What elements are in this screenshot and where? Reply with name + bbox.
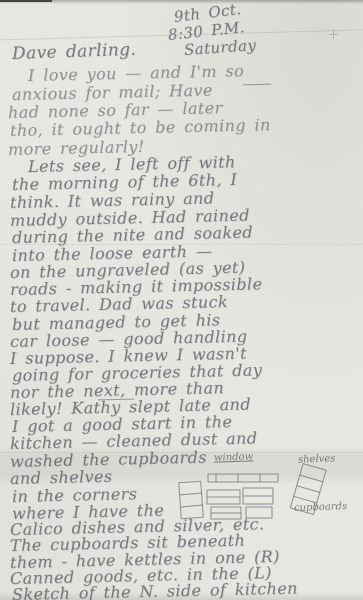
- sketch-label-shelves: shelves: [298, 453, 336, 465]
- pencil-plus-mark: [329, 30, 338, 39]
- underline-mark-so: [243, 84, 271, 86]
- letter-page: 9th Oct. 8:30 P.M. Saturday Dave darling…: [0, 0, 363, 600]
- letter-day: Saturday: [183, 36, 256, 59]
- kitchen-sketch: window shelves cupboards: [176, 456, 341, 536]
- sketch-label-window: window: [214, 451, 254, 463]
- kitchen-sketch-drawing: [176, 462, 341, 536]
- salutation: Dave darling.: [12, 40, 137, 64]
- sketch-label-cupboards: cupboards: [294, 501, 347, 514]
- scan-edge-artifact: [0, 0, 52, 2]
